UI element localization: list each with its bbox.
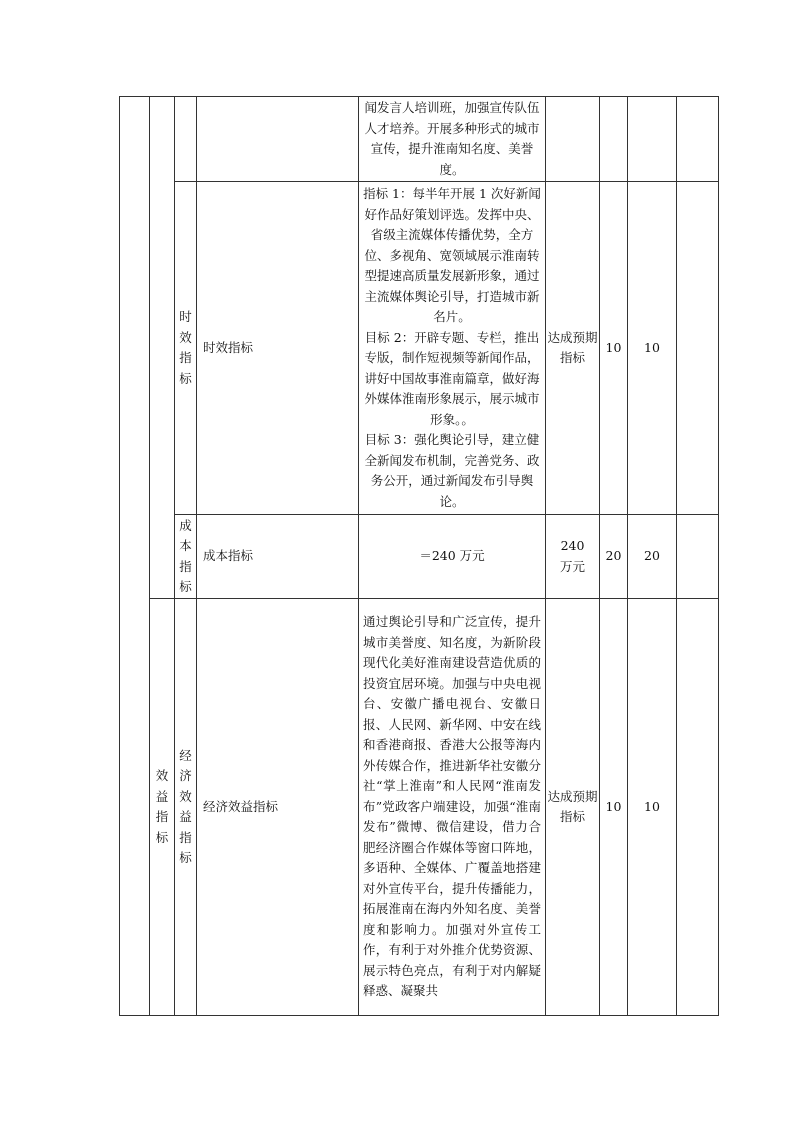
table-row-economic-benefit: 效益指标 经济效益指标 经济效益指标 通过舆论引导和广泛宣传，提升城市美誉度、知… <box>120 599 719 1016</box>
indicator-name: 经济效益指标 <box>197 599 359 1016</box>
indicator-name-cell <box>197 97 359 182</box>
weight-value: 10 <box>600 599 628 1016</box>
actual-value: 达成预期指标 <box>546 182 600 515</box>
score-value: 10 <box>628 182 677 515</box>
score-value: 20 <box>628 515 677 599</box>
target-1: 指标 1：每半年开展 1 次好新闻好作品好策划评选。发挥中央、省级主流媒体传播优… <box>363 184 541 328</box>
indicator-description: 指标 1：每半年开展 1 次好新闻好作品好策划评选。发挥中央、省级主流媒体传播优… <box>359 182 546 515</box>
target-2: 目标 2：开辟专题、专栏，推出专版，制作短视频等新闻作品，讲好中国故事淮南篇章，… <box>363 328 541 431</box>
level3-label-cost: 成本指标 <box>175 515 197 599</box>
note-cell <box>677 97 719 182</box>
level2-label-benefit: 效益指标 <box>150 599 175 1016</box>
target-3: 目标 3：强化舆论引导，建立健全新闻发布机制，完善党务、政务公开，通过新闻发布引… <box>363 430 541 512</box>
level3-label-economic: 经济效益指标 <box>175 599 197 1016</box>
indicator-description: 闻发言人培训班，加强宣传队伍人才培养。开展多种形式的城市宣传，提升淮南知名度、美… <box>359 97 546 182</box>
table-row-continuation: 闻发言人培训班，加强宣传队伍人才培养。开展多种形式的城市宣传，提升淮南知名度、美… <box>120 97 719 182</box>
level3-label-timeliness: 时效指标 <box>175 182 197 515</box>
score-cell <box>628 97 677 182</box>
indicator-description: 通过舆论引导和广泛宣传，提升城市美誉度、知名度，为新阶段现代化美好淮南建设营造优… <box>359 599 546 1016</box>
indicator-name: 时效指标 <box>197 182 359 515</box>
level3-cell <box>175 97 197 182</box>
table-row-timeliness: 时效指标 时效指标 指标 1：每半年开展 1 次好新闻好作品好策划评选。发挥中央… <box>120 182 719 515</box>
weight-value: 10 <box>600 182 628 515</box>
weight-value: 20 <box>600 515 628 599</box>
indicator-description: ＝240 万元 <box>359 515 546 599</box>
actual-value: 240 万元 <box>546 515 600 599</box>
level1-cell <box>120 97 150 1016</box>
level2-cell-output <box>150 97 175 599</box>
score-value: 10 <box>628 599 677 1016</box>
note-cell <box>677 599 719 1016</box>
indicator-name: 成本指标 <box>197 515 359 599</box>
actual-value-cell <box>546 97 600 182</box>
table-row-cost: 成本指标 成本指标 ＝240 万元 240 万元 20 20 <box>120 515 719 599</box>
note-cell <box>677 515 719 599</box>
note-cell <box>677 182 719 515</box>
weight-cell <box>600 97 628 182</box>
actual-value: 达成预期指标 <box>546 599 600 1016</box>
performance-indicator-table: 闻发言人培训班，加强宣传队伍人才培养。开展多种形式的城市宣传，提升淮南知名度、美… <box>119 96 719 1016</box>
